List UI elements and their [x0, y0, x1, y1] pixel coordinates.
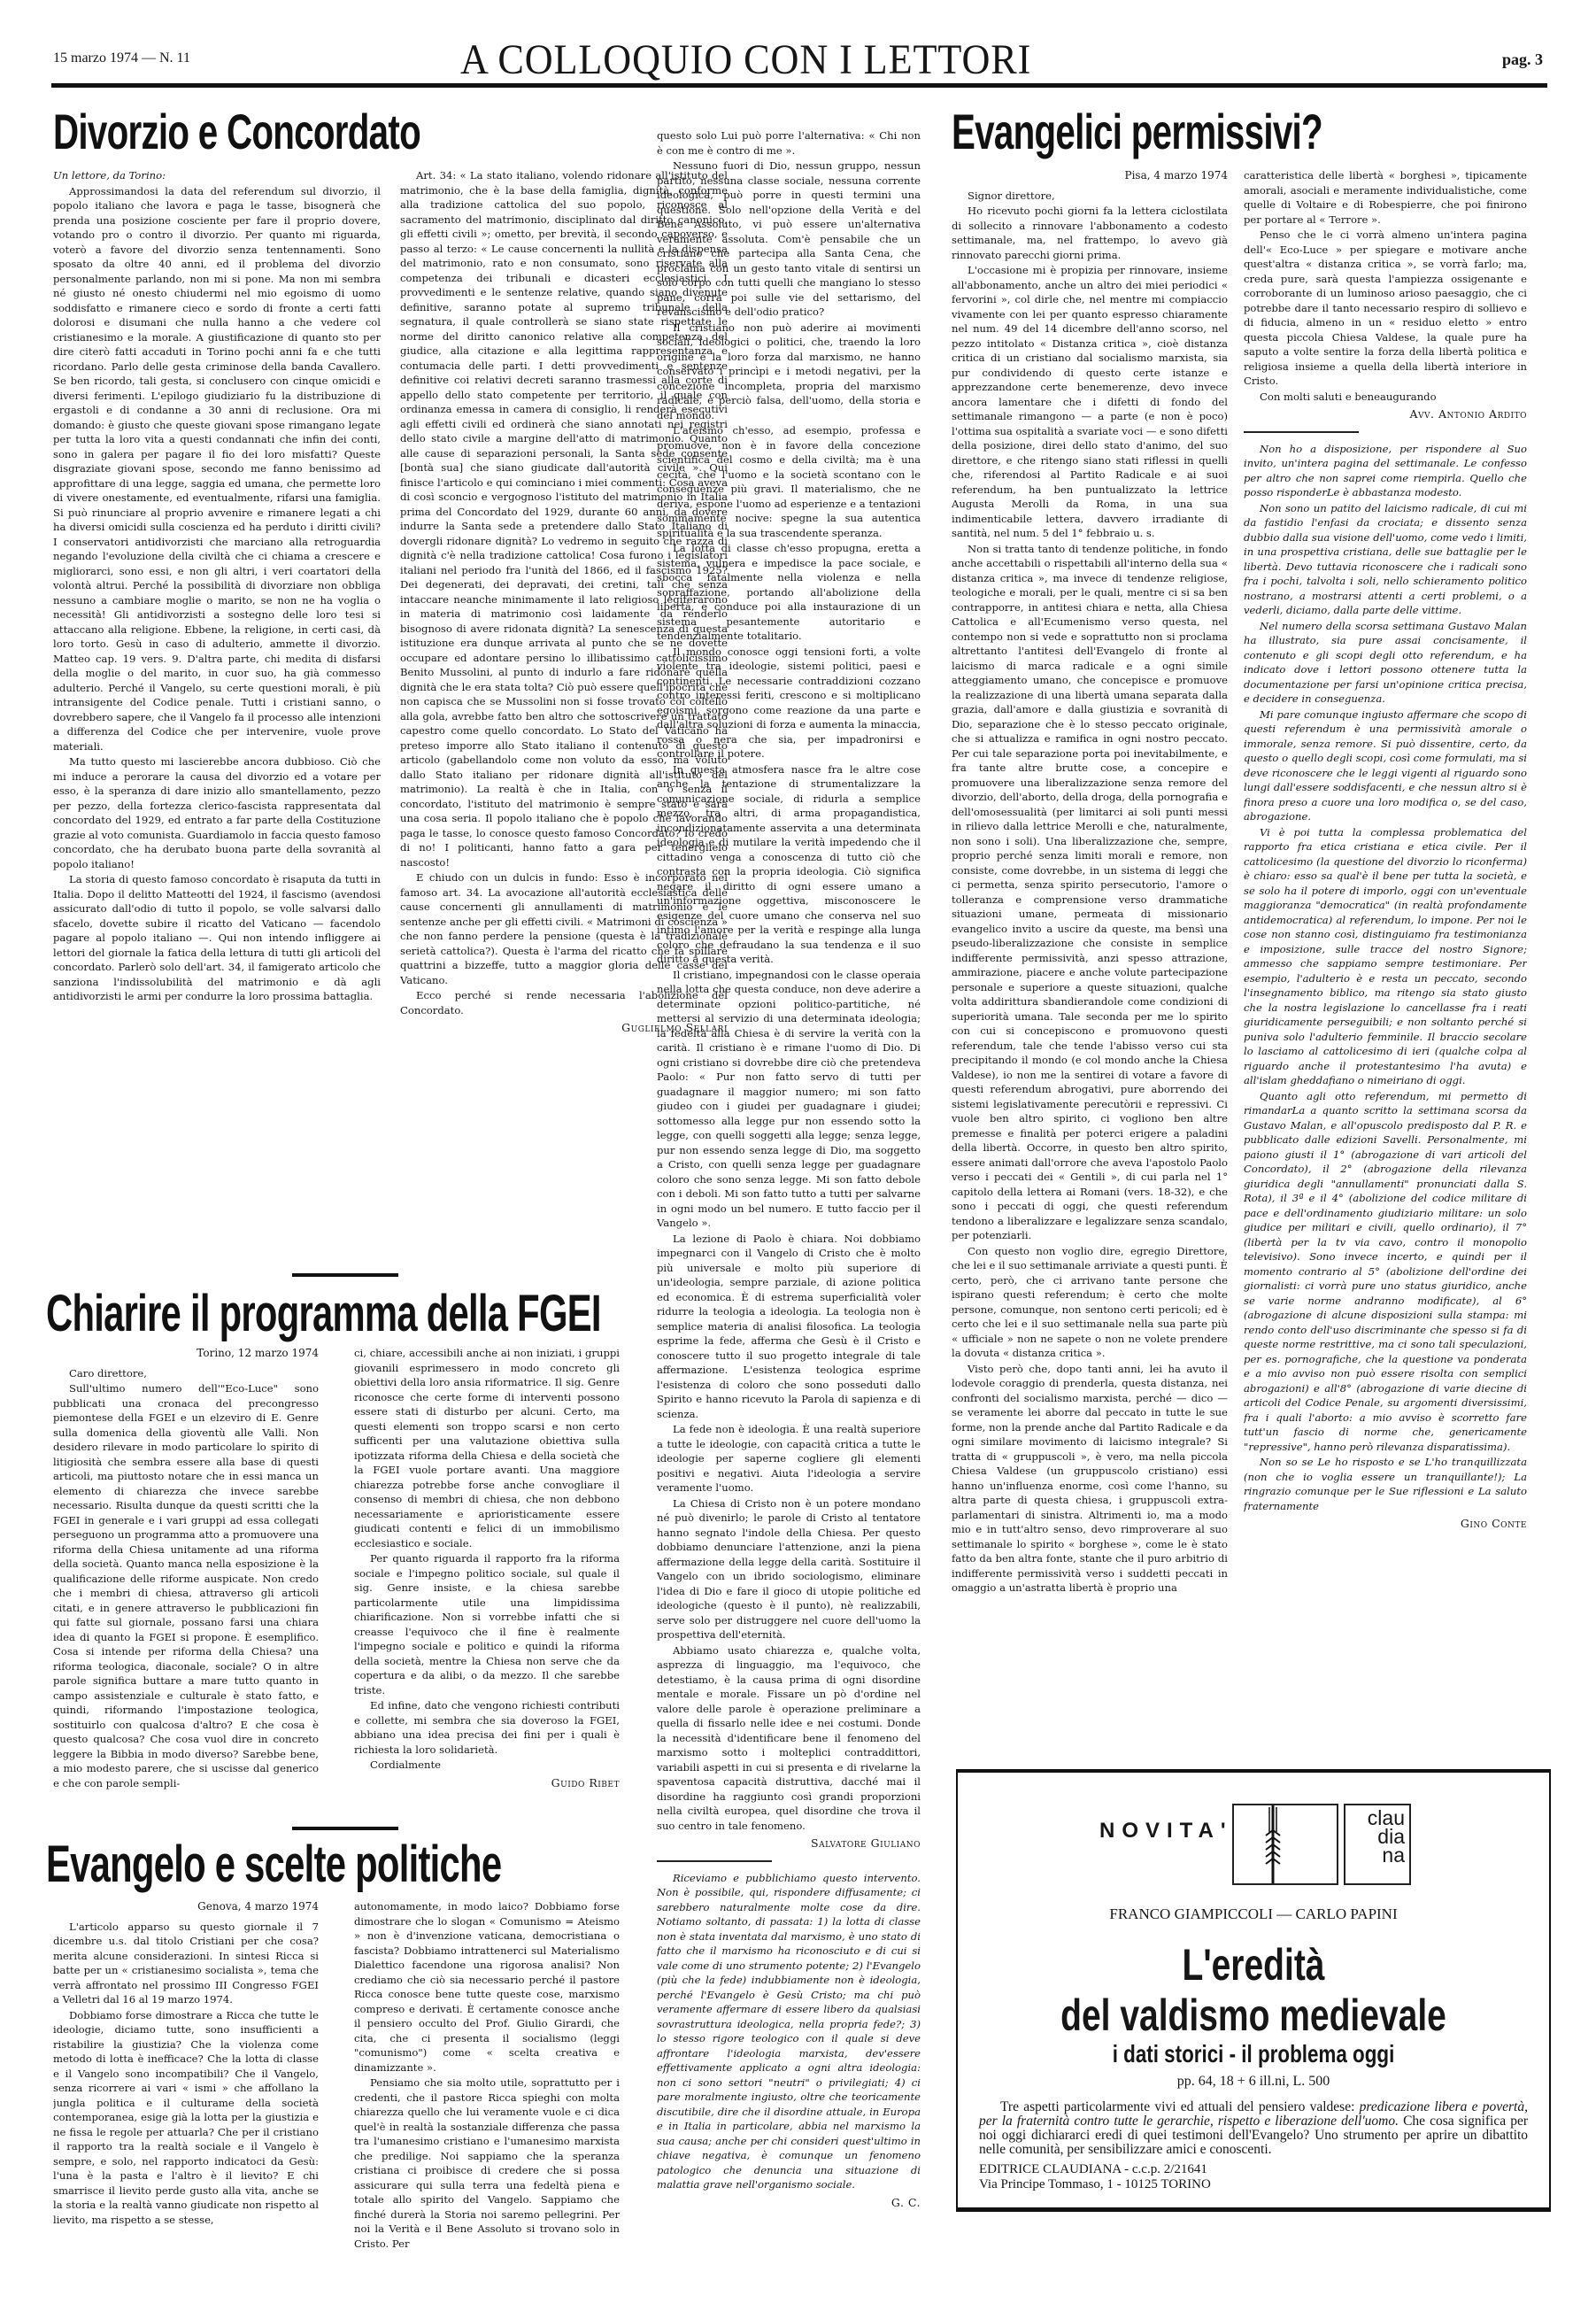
reply-signature: Gino Conte	[1244, 1517, 1527, 1532]
separator-rule	[292, 1273, 398, 1277]
issue-date: 15 marzo 1974 — N. 11	[53, 50, 190, 66]
publisher-info: EDITRICE CLAUDIANA - c.c.p. 2/21641 Via …	[979, 2162, 1211, 2192]
evangelo-column-2: autonomamente, in modo laico? Dobbiamo f…	[354, 1899, 620, 2289]
paragraph: In questa atmosfera nasce fra le altre c…	[657, 762, 921, 967]
claudiana-logo: clau dia na	[1344, 1804, 1411, 1885]
fgei-column-2: ci, chiare, accessibili anche ai non ini…	[354, 1346, 620, 1824]
book-advertisement: NOVITA' clau dia na FRANCO GIAMPICCOLI —…	[956, 1769, 1551, 2212]
novita-label: NOVITA'	[1099, 1819, 1233, 1843]
paragraph: La lotta di classe ch'esso propugna, ere…	[657, 541, 921, 644]
book-title-line2: del valdismo medievale	[1022, 1990, 1484, 2041]
dateline: Genova, 4 marzo 1974	[53, 1899, 319, 1914]
salutation: Signor direttore,	[952, 189, 1228, 204]
book-details: pp. 64, 18 + 6 ill.ni, L. 500	[958, 2074, 1549, 2090]
paragraph: La fede non è ideologia. È una realtà su…	[657, 1422, 921, 1496]
reply-paragraph: Non so se Le ho risposto e se L'ho tranq…	[1244, 1455, 1527, 1513]
paragraph: Il cristiano non può aderire ai moviment…	[657, 321, 921, 423]
reply-text: Riceviamo e pubblichiamo questo interven…	[657, 1871, 921, 2192]
reply-paragraph: Non ho a disposizione, per rispondere al…	[1244, 442, 1527, 500]
paragraph: Approssimandosi la data del referendum s…	[53, 184, 381, 754]
paragraph: Sull'ultimo numero dell'"Eco-Luce" sono …	[53, 1381, 319, 1790]
paragraph: La Chiesa di Cristo non è un potere mond…	[657, 1496, 921, 1642]
headline-divorzio: Divorzio e Concordato	[53, 103, 420, 160]
paragraph: Dobbiamo forse dimostrare a Ricca che tu…	[53, 2008, 319, 2228]
paragraph: La storia di questo famoso concordato è …	[53, 872, 381, 1004]
logo-line: na	[1345, 1846, 1405, 1865]
reply-paragraph: Vi è poi tutta la complessa problematica…	[1244, 825, 1527, 1088]
paragraph: Il mondo conosce oggi tensioni forti, a …	[657, 645, 921, 761]
paragraph: Con molti saluti e beneaugurando	[1244, 390, 1527, 405]
divider	[1244, 431, 1359, 433]
middle-column: questo solo Lui può porre l'alternativa:…	[657, 128, 921, 2289]
signature: Guido Ribet	[354, 1776, 620, 1791]
divorzio-column-1: Un lettore, da Torino: Approssimandosi l…	[53, 168, 381, 1266]
paragraph: autonomamente, in modo laico? Dobbiamo f…	[354, 1899, 620, 2075]
reply-paragraph: Mi pare comunque ingiusto affermare che …	[1244, 707, 1527, 824]
editorial-reply: Riceviamo e pubblichiamo questo interven…	[657, 1871, 921, 2192]
byline: Un lettore, da Torino:	[53, 168, 381, 183]
paragraph: L'articolo apparso su questo giornale il…	[53, 1920, 319, 2007]
divider	[657, 1860, 772, 1862]
publisher-address: Via Principe Tommaso, 1 - 10125 TORINO	[979, 2177, 1211, 2192]
page-number: pag. 3	[1502, 50, 1543, 69]
paragraph: Penso che le ci vorrà almeno un'intera p…	[1244, 228, 1527, 389]
evangelici-column-2: caratteristica delle libertà « borghesi …	[1244, 168, 1527, 1762]
fgei-column-1: Torino, 12 marzo 1974 Caro direttore, Su…	[53, 1346, 319, 1811]
paragraph: Cordialmente	[354, 1758, 620, 1773]
paragraph: Il cristiano, impegnandosi con le classe…	[657, 968, 921, 1231]
paragraph: Non si tratta tanto di tendenze politich…	[952, 542, 1228, 1243]
evangelici-column-1: Pisa, 4 marzo 1974 Signor direttore, Ho …	[952, 168, 1228, 1762]
dateline: Pisa, 4 marzo 1974	[952, 168, 1228, 183]
paragraph: Visto però che, dopo tanti anni, lei ha …	[952, 1362, 1228, 1596]
paragraph: Ho ricevuto pochi giorni fa la lettera c…	[952, 204, 1228, 262]
paragraph: Per quanto riguarda il rapporto fra la r…	[354, 1551, 620, 1697]
reply-signature: G. C.	[657, 2196, 921, 2211]
editorial-reply: Non ho a disposizione, per rispondere al…	[1244, 442, 1527, 1514]
headline-fgei: Chiarire il programma della FGEI	[46, 1284, 601, 1343]
book-subtitle: i dati storici - il problema oggi	[1017, 2040, 1490, 2068]
reply-paragraph: Non sono un patito del laicismo radicale…	[1244, 501, 1527, 618]
reply-paragraph: Nel numero della scorsa settimana Gustav…	[1244, 619, 1527, 707]
separator-rule	[292, 1827, 398, 1830]
desc-lead: Tre aspetti particolarmente vivi ed attu…	[1000, 2099, 1360, 2114]
book-description: Tre aspetti particolarmente vivi ed attu…	[979, 2100, 1528, 2157]
paragraph: questo solo Lui può porre l'alternativa:…	[657, 128, 921, 158]
paragraph: Abbiamo usato chiarezza e, qualche volta…	[657, 1643, 921, 1834]
paragraph: Con questo non voglio dire, egregio Dire…	[952, 1244, 1228, 1361]
headline-evangelo: Evangelo e scelte politiche	[46, 1835, 501, 1894]
paragraph: ci, chiare, accessibili anche ai non ini…	[354, 1346, 620, 1550]
paragraph: La lezione di Paolo è chiara. Noi dobbia…	[657, 1232, 921, 1422]
evangelo-column-1: Genova, 4 marzo 1974 L'articolo apparso …	[53, 1899, 319, 2289]
paragraph: Ed infine, dato che vengono richiesti co…	[354, 1698, 620, 1757]
signature: Salvatore Giuliano	[657, 1836, 921, 1851]
signature: Avv. Antonio Ardito	[1244, 407, 1527, 422]
wheat-logo-icon	[1232, 1804, 1338, 1885]
masthead-rule	[51, 83, 1547, 88]
section-title: A COLLOQUIO CON I LETTORI	[460, 35, 1031, 84]
publisher-line: EDITRICE CLAUDIANA - c.c.p. 2/21641	[979, 2162, 1211, 2177]
book-title-line1: L'eredità	[1022, 1939, 1484, 1990]
paragraph: L'ateismo ch'esso, ad esempio, professa …	[657, 423, 921, 540]
headline-evangelici: Evangelici permissivi?	[952, 103, 1322, 160]
paragraph: Pensiamo che sia molto utile, soprattutt…	[354, 2075, 620, 2251]
paragraph: L'occasione mi è propizia per rinnovare,…	[952, 263, 1228, 541]
book-authors: FRANCO GIAMPICCOLI — CARLO PAPINI	[958, 1905, 1549, 1923]
paragraph: Nessuno fuori di Dio, nessun gruppo, nes…	[657, 158, 921, 320]
paragraph: Ma tutto questo mi lascierebbe ancora du…	[53, 754, 381, 871]
paragraph: caratteristica delle libertà « borghesi …	[1244, 168, 1527, 227]
dateline: Torino, 12 marzo 1974	[53, 1346, 319, 1361]
reply-paragraph: Quanto agli otto referendum, mi permetto…	[1244, 1089, 1527, 1455]
salutation: Caro direttore,	[53, 1366, 319, 1381]
